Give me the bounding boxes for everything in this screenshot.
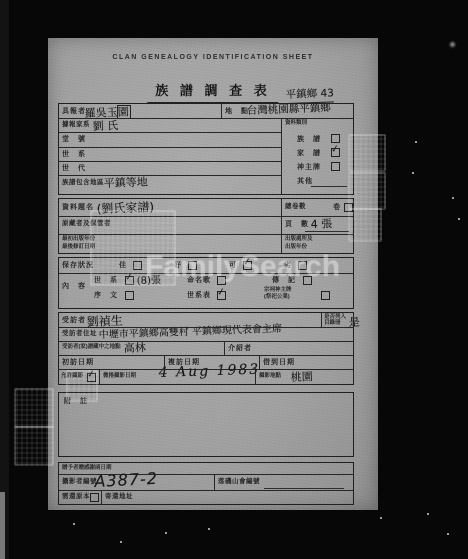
interviewee-address-handwriting: 中壢市平鎮鄉高雙村 平鎮鄉現代表會主席 bbox=[98, 320, 282, 341]
family-value-handwriting: 劉 氏 bbox=[92, 117, 118, 134]
reporter-name-box bbox=[117, 105, 131, 119]
watermark-seal-icon bbox=[348, 172, 386, 210]
dust-speck bbox=[412, 172, 414, 174]
slc-number-label: 落磯山會編號 bbox=[218, 479, 260, 486]
remarks-box: 附 註 bbox=[58, 392, 354, 457]
reporter-label: 具報者 bbox=[62, 108, 86, 115]
interviewee-address-label: 受訪者住址 bbox=[62, 331, 97, 338]
photographer-number-handwriting: A387-2 bbox=[94, 469, 158, 491]
hall-name-label: 堂 號 bbox=[62, 136, 86, 143]
dust-speck bbox=[452, 197, 454, 199]
dust-speck bbox=[120, 541, 122, 543]
pages-blank-line bbox=[305, 231, 349, 232]
dust-speck bbox=[447, 533, 449, 535]
filming-place-handwriting: 桃園 bbox=[290, 368, 313, 385]
publication-place-label: 出版處所及 bbox=[285, 237, 313, 243]
volumes-label: 總卷數 bbox=[285, 204, 306, 211]
area-value-handwriting: 平鎮等地 bbox=[103, 173, 148, 191]
dust-speck bbox=[73, 523, 75, 525]
family-label: 據報家系 bbox=[62, 122, 90, 129]
film-edge bbox=[0, 0, 9, 559]
watermark-seal-icon bbox=[348, 134, 386, 172]
genealogy-location-handwriting: 高林 bbox=[123, 339, 146, 356]
film-smudge bbox=[450, 42, 455, 47]
genealogy-location-label: 受訪者(家)譜藏中之地點 bbox=[62, 345, 121, 351]
dust-speck bbox=[165, 532, 167, 534]
content-lineage-chart-label: 世系表 bbox=[187, 292, 211, 299]
material-title-label: 資料題名 bbox=[62, 204, 94, 211]
category-other-label: 其他 bbox=[297, 178, 313, 185]
watermark-seal-icon bbox=[348, 208, 382, 242]
section-interviewee-table: 受訪者 劉禎生 是否列入 目錄冊 是 受訪者住址 中壢市平鎮鄉高雙村 平鎮鄉現代… bbox=[58, 312, 354, 385]
introducer-label: 介紹者 bbox=[228, 345, 252, 352]
form-title-chinese: 族 譜 調 查 表 bbox=[147, 80, 278, 103]
microfilm-date-handwriting: 4 Aug 1983 bbox=[158, 361, 260, 381]
lineage-label: 世 系 bbox=[62, 151, 86, 158]
area-label: 族譜包含地區 bbox=[62, 180, 104, 187]
place-value-handwriting: 台灣桃園縣平鎮鄉 bbox=[246, 100, 330, 118]
section-reporter-table: 具報者 羅吳玉園 地 點 台灣桃園縣平鎮鄉 據報家系 劉 氏 堂 號 世 系 世… bbox=[58, 103, 354, 195]
first-visit-date-label: 初訪日期 bbox=[62, 359, 94, 366]
return-address-label: 寄還地址 bbox=[105, 494, 133, 501]
dust-speck bbox=[208, 528, 210, 530]
form-title-english: CLAN GENEALOGY IDENTIFICATION SHEET bbox=[48, 54, 378, 61]
content-shrine-tablet-checkbox bbox=[321, 291, 330, 300]
dust-speck bbox=[380, 517, 382, 519]
category-header: 資料類別 bbox=[285, 121, 307, 127]
borrow-date-label: 借到日期 bbox=[263, 359, 295, 366]
content-lineage-chart-checkbox: ✓ bbox=[217, 291, 226, 300]
content-shrine-tablet-label: 宗祠神主牌 bbox=[264, 288, 292, 294]
pages-label: 頁 數 bbox=[285, 221, 309, 228]
return-original-label: 需還原本 bbox=[62, 494, 90, 501]
watermark-seal-icon bbox=[14, 426, 54, 466]
pages-value-handwriting: 4 張 bbox=[310, 215, 332, 232]
listed-value-handwriting: 是 bbox=[348, 314, 360, 330]
place-label: 地 點 bbox=[225, 108, 249, 115]
category-family-genealogy-checkbox: ✓ bbox=[331, 148, 340, 157]
content-shrine-tablet-sublabel: (祭祀公業) bbox=[264, 295, 290, 301]
category-other-blank-line bbox=[311, 186, 347, 187]
category-ancestor-tablet-label: 神主牌 bbox=[297, 164, 321, 171]
check-mark-icon: ✓ bbox=[330, 143, 340, 155]
category-clan-genealogy-checkbox bbox=[331, 134, 340, 143]
scanned-microfilm-frame: { "colors": {"background":"#070707","pap… bbox=[0, 0, 468, 559]
volumes-unit-label: 卷 bbox=[333, 204, 341, 211]
category-clan-genealogy-label: 族 譜 bbox=[297, 136, 321, 143]
content-preface-checkbox bbox=[125, 291, 134, 300]
microfilm-date-label: 微捲攝影日期 bbox=[103, 374, 136, 380]
slc-number-blank-line bbox=[264, 488, 344, 489]
filming-place-label: 攝影地點 bbox=[259, 374, 281, 380]
film-corner-highlight bbox=[0, 492, 5, 559]
photographer-number-label: 攝影者編號 bbox=[62, 479, 97, 486]
content-preface-label: 序 文 bbox=[94, 292, 118, 299]
watermark-seal-icon bbox=[66, 370, 98, 402]
dust-speck bbox=[458, 218, 460, 220]
category-family-genealogy-label: 家 譜 bbox=[297, 150, 321, 157]
generation-label: 世 代 bbox=[62, 165, 86, 172]
contents-label: 內 容 bbox=[62, 283, 86, 290]
dust-speck bbox=[415, 141, 417, 143]
interviewee-label: 受訪者 bbox=[62, 317, 86, 324]
section-numbering-table: 贈予者贈感謝函日期 攝影者編號 A387-2 落磯山會編號 需還原本 ✓ 寄還地… bbox=[58, 462, 354, 505]
return-original-checkbox: ✓ bbox=[90, 493, 99, 502]
dust-speck bbox=[427, 513, 429, 515]
watermark-seal-icon bbox=[14, 388, 54, 428]
category-ancestor-tablet-checkbox bbox=[331, 162, 340, 171]
check-mark-icon: ✓ bbox=[216, 286, 226, 298]
watermark-seal-icon bbox=[90, 210, 176, 286]
listed-in-catalog-sublabel: 目錄冊 bbox=[324, 321, 341, 327]
